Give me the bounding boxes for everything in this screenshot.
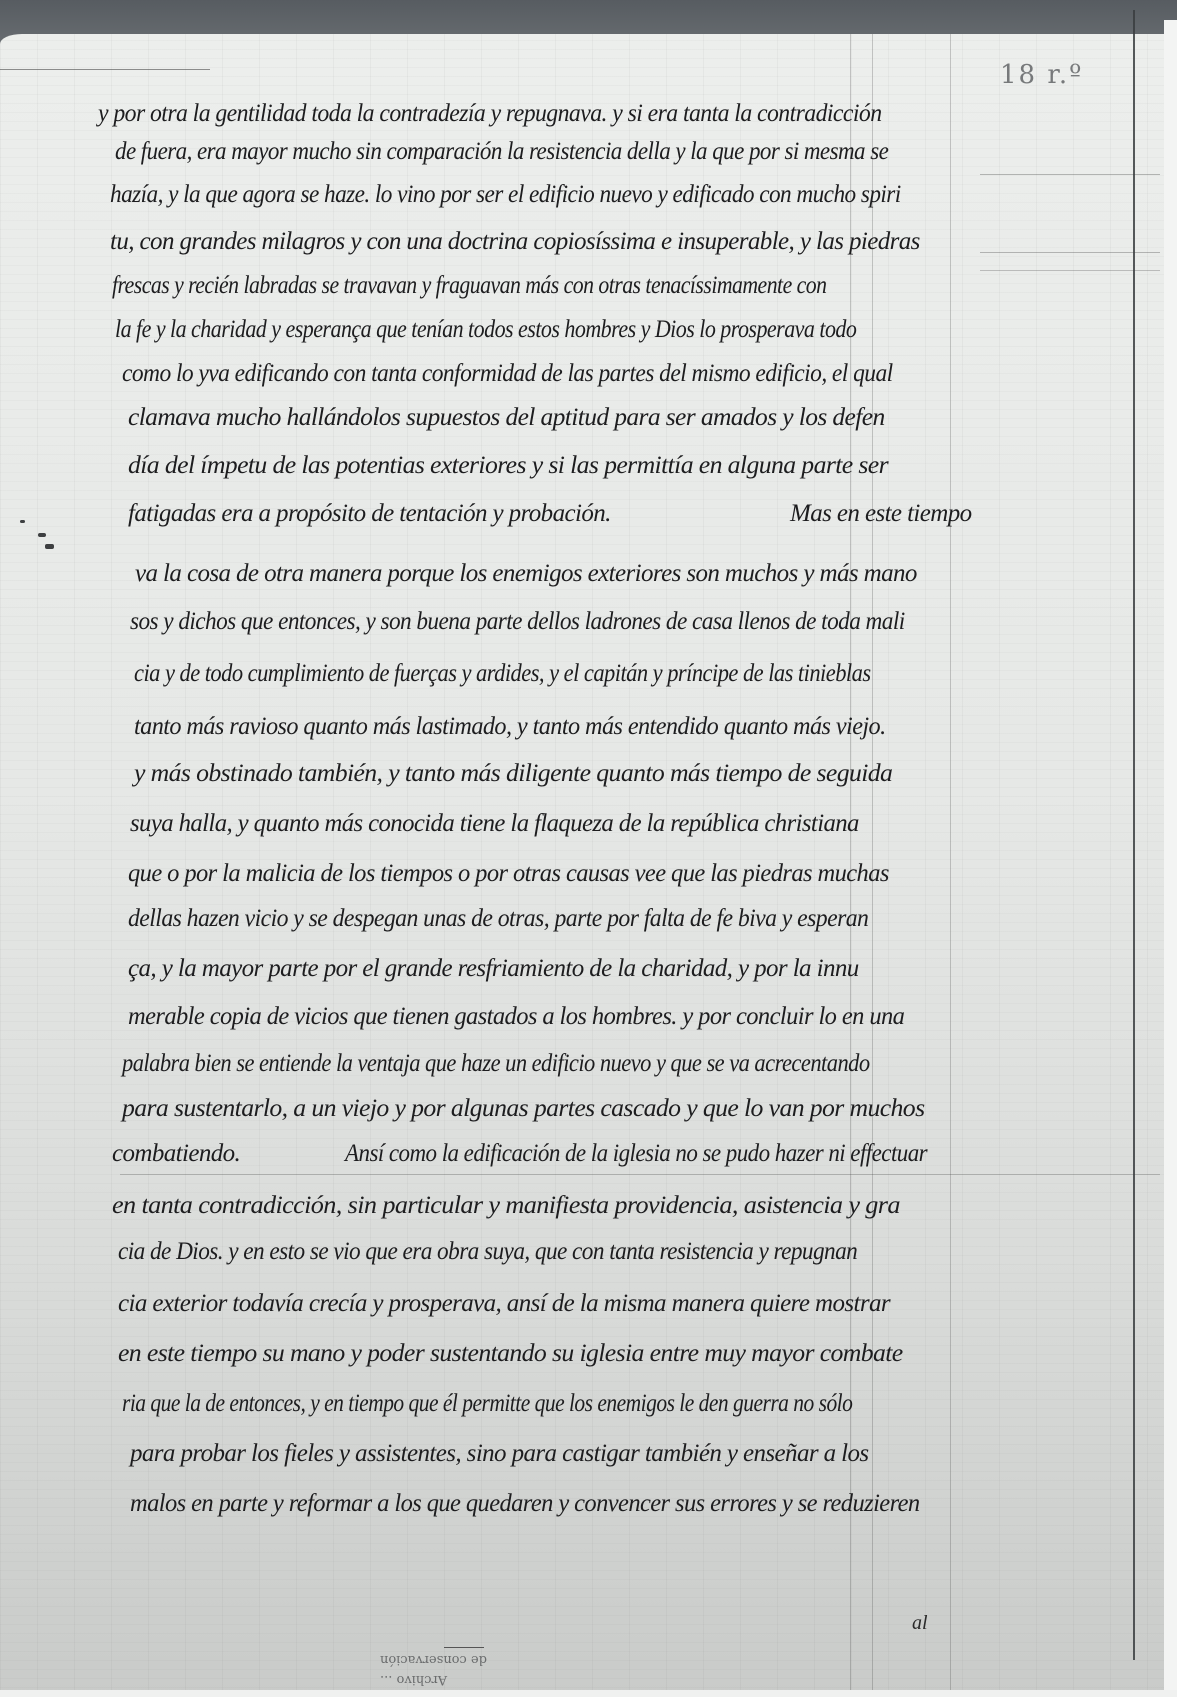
text-insertion: Ansí como la edificación de la iglesia n… bbox=[345, 1140, 927, 1168]
ink-speck bbox=[20, 520, 25, 523]
text-line: malos en parte y reformar a los que qued… bbox=[130, 1490, 920, 1518]
text-line: y más obstinado también, y tanto más dil… bbox=[134, 760, 892, 788]
margin-rule bbox=[1133, 10, 1135, 1660]
text-line: que o por la malicia de los tiempos o po… bbox=[128, 860, 889, 888]
text-line: frescas y recién labradas se travavan y … bbox=[112, 272, 826, 300]
text-line: cia de Dios. y en esto se vio que era ob… bbox=[118, 1238, 857, 1266]
text-line: ria que la de entonces, y en tiempo que … bbox=[122, 1390, 852, 1418]
page-bottom-edge bbox=[0, 1690, 1177, 1697]
text-line: tanto más ravioso quanto más lastimado, … bbox=[134, 713, 886, 741]
text-line: va la cosa de otra manera porque los ene… bbox=[135, 560, 917, 588]
text-line: día del ímpetu de las potentias exterior… bbox=[128, 452, 888, 480]
text-line: cia y de todo cumplimiento de fuerças y … bbox=[134, 660, 871, 688]
text-line: como lo yva edificando con tanta conform… bbox=[122, 360, 893, 388]
text-line: fatigadas era a propósito de tentación y… bbox=[128, 500, 611, 528]
archive-stamp: Archivo ... bbox=[380, 1672, 447, 1687]
text-line: clamava mucho hallándolos supuestos del … bbox=[128, 404, 885, 432]
text-line: en este tiempo su mano y poder sustentan… bbox=[118, 1340, 903, 1368]
text-line: la fe y la charidad y esperança que tení… bbox=[115, 316, 856, 344]
text-line: suya halla, y quanto más conocida tiene … bbox=[130, 810, 859, 838]
scan-background: 18 r.º y por otra la gentilidad toda la … bbox=[0, 0, 1177, 1697]
text-line: tu, con grandes milagros y con una doctr… bbox=[110, 228, 920, 256]
text-line: merable copia de vicios que tienen gasta… bbox=[128, 1003, 904, 1031]
ink-speck bbox=[45, 544, 54, 549]
text-line: palabra bien se entiende la ventaja que … bbox=[122, 1050, 870, 1078]
text-line: cia exterior todavía crecía y prosperava… bbox=[118, 1290, 890, 1318]
catchword: al bbox=[912, 1612, 928, 1635]
ruled-line bbox=[120, 1174, 1160, 1175]
text-line: sos y dichos que entonces, y son buena p… bbox=[130, 608, 905, 636]
text-line: ça, y la mayor parte por el grande resfr… bbox=[128, 955, 859, 983]
text-line: y por otra la gentilidad toda la contrad… bbox=[98, 100, 882, 128]
text-line: combatiendo. bbox=[112, 1140, 240, 1168]
paper-crease bbox=[950, 34, 951, 1697]
archive-stamp: de conservación bbox=[380, 1652, 487, 1667]
text-line: de fuera, era mayor mucho sin comparació… bbox=[115, 138, 888, 166]
text-line: para sustentarlo, a un viejo y por algun… bbox=[122, 1095, 924, 1123]
page-edge-strip bbox=[1164, 20, 1177, 1697]
text-insertion: Mas en este tiempo bbox=[790, 500, 972, 528]
text-line: hazía, y la que agora se haze. lo vino p… bbox=[110, 181, 901, 209]
ruled-line bbox=[0, 69, 210, 70]
text-line: para probar los fieles y assistentes, si… bbox=[130, 1440, 869, 1468]
text-line: en tanta contradicción, sin particular y… bbox=[112, 1192, 900, 1220]
ink-speck bbox=[38, 533, 46, 537]
text-line: dellas hazen vicio y se despegan unas de… bbox=[128, 905, 868, 933]
folio-number: 18 r.º bbox=[1000, 60, 1083, 90]
stamp-rule bbox=[444, 1647, 484, 1648]
